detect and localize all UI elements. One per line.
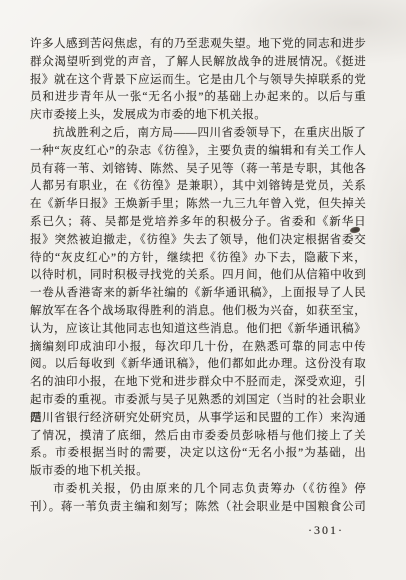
text-line: 群众渴望听到党的声音，了解人民解放战争的进展情况。《挺进 — [30, 54, 366, 72]
text-line: 刊）。蒋一苇负责主编和刻写；陈然（社会职业是中国粮食公司 — [30, 499, 366, 517]
text-line: 版市委的地下机关报。 — [30, 463, 366, 481]
text-line: 员有蒋一苇、刘镕铸、陈然、吴子见等（蒋一苇是专职，其他各 — [30, 161, 366, 179]
text-line: 解放军在各个战场取得胜利的消息。他们极为兴奋，如获至宝， — [30, 303, 366, 321]
text-line: 人都另有职业，在《彷徨》是兼职），其中刘镕铸是党员，关系 — [30, 178, 366, 196]
text-line: 系已久；蒋、吴都是党培养多年的积极分子。省委和《新华日 — [30, 214, 366, 232]
text-line: 庆市委接上头，发展成为市委的地下机关报。 — [30, 107, 366, 125]
text-line: 员和进步青年从一张“无名小报”的基础上办起来的。以后与重 — [30, 89, 366, 107]
text-block: 许多人感到苦闷焦虑，有的乃至悲观失望。地下党的同志和进步群众渴望听到党的声音，了… — [30, 36, 366, 517]
text-line: 认为，应该让其他同志也知道这些消息。他们把《新华通讯稿》 — [30, 321, 366, 339]
text-line: 报》就在这个背景下应运而生。它是由几个与领导失掉联系的党 — [30, 72, 366, 90]
text-line: 待的“灰皮红心”的方针，继续把《彷徨》办下去，隐蔽下来， — [30, 250, 366, 268]
text-line: 一卷从香港寄来的新华社编的《新华通讯稿》，上面报导了人民 — [30, 285, 366, 303]
text-line: 阅。以后每收到《新华通讯稿》，他们都如此办理。这份没有取 — [30, 356, 366, 374]
text-line: 摘编刻印成油印小报，每次印几十份，在熟悉可靠的同志中传 — [30, 339, 366, 357]
text-line: 在《新华日报》王焕新手里；陈然一九三九年曾入党，但失掉关 — [30, 196, 366, 214]
text-line: 市委机关报，仍由原来的几个同志负责筹办（《彷徨》停 — [30, 481, 366, 499]
text-line: 一种“灰皮红心”的杂志《彷徨》，主要负责的编辑和有关工作人 — [30, 143, 366, 161]
text-line: 报》突然被迫撤走，《彷徨》失去了领导，他们决定根据省委交 — [30, 232, 366, 250]
text-line: 以待时机，同时积极寻找党的关系。四月间，他们从信箱中收到 — [30, 267, 366, 285]
text-line: 起市委的重视。市委派与吴子见熟悉的刘国定（当时的社会职业是 — [30, 392, 366, 410]
text-line: 名的油印小报，在地下党和进步群众中不胫而走，深受欢迎，引 — [30, 374, 366, 392]
page-number: ·301· — [285, 522, 367, 538]
text-line: 了情况，摸清了底细，然后由市委委员彭咏梧与他们接上了关 — [30, 428, 366, 446]
text-line: 四川省银行经济研究处研究员，从事学运和民盟的工作）来沟通 — [30, 410, 366, 428]
text-line: 许多人感到苦闷焦虑，有的乃至悲观失望。地下党的同志和进步 — [30, 36, 366, 54]
text-line: 系。市委根据当时的需要，决定以这份“无名小报”为基础，出 — [30, 445, 366, 463]
book-page: 许多人感到苦闷焦虑，有的乃至悲观失望。地下党的同志和进步群众渴望听到党的声音，了… — [0, 0, 406, 580]
text-line: 抗战胜利之后，南方局——四川省委领导下，在重庆出版了 — [30, 125, 366, 143]
